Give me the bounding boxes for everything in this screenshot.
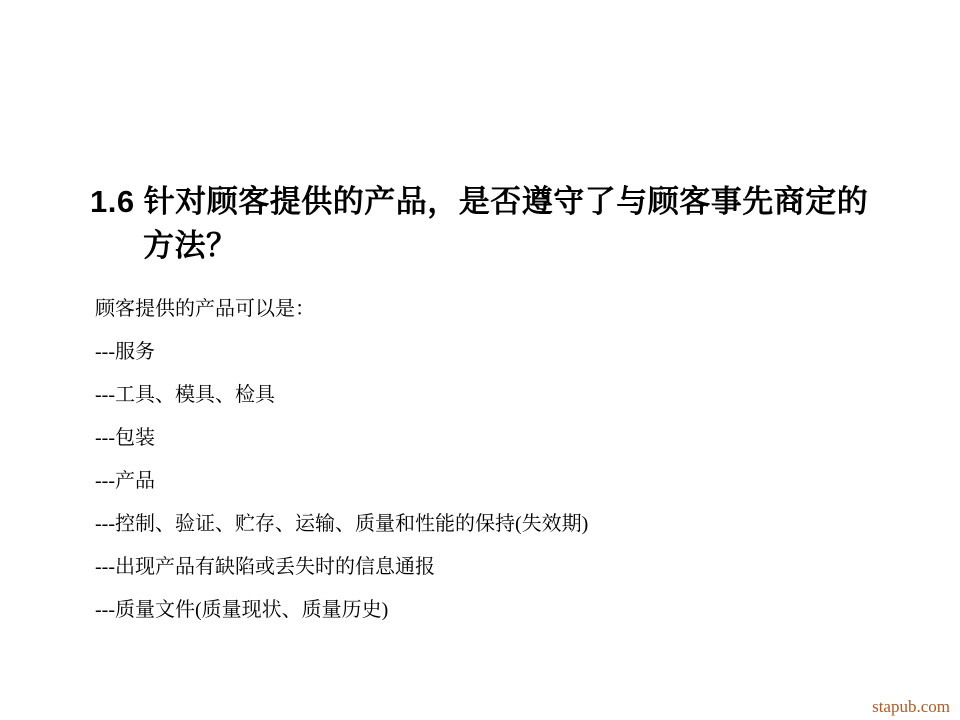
body-item-7: ---质量文件(质量现状、质量历史) (95, 589, 855, 632)
title-line-2: 方法？ (143, 224, 910, 268)
slide: 1.6 针对顾客提供的产品，是否遵守了与顾客事先商定的 方法？ 顾客提供的产品可… (0, 0, 960, 720)
watermark-link[interactable]: stapub.com (872, 698, 950, 716)
body-intro: 顾客提供的产品可以是： (95, 288, 855, 331)
body-item-4: ---产品 (95, 460, 855, 503)
slide-title: 1.6 针对顾客提供的产品，是否遵守了与顾客事先商定的 方法？ (90, 180, 910, 268)
slide-body: 顾客提供的产品可以是： ---服务 ---工具、模具、检具 ---包装 ---产… (95, 288, 855, 632)
body-item-2: ---工具、模具、检具 (95, 374, 855, 417)
body-item-3: ---包装 (95, 417, 855, 460)
title-line-1: 1.6 针对顾客提供的产品，是否遵守了与顾客事先商定的 (90, 180, 910, 224)
body-item-6: ---出现产品有缺陷或丢失时的信息通报 (95, 546, 855, 589)
body-item-1: ---服务 (95, 331, 855, 374)
body-item-5: ---控制、验证、贮存、运输、质量和性能的保持(失效期) (95, 503, 855, 546)
